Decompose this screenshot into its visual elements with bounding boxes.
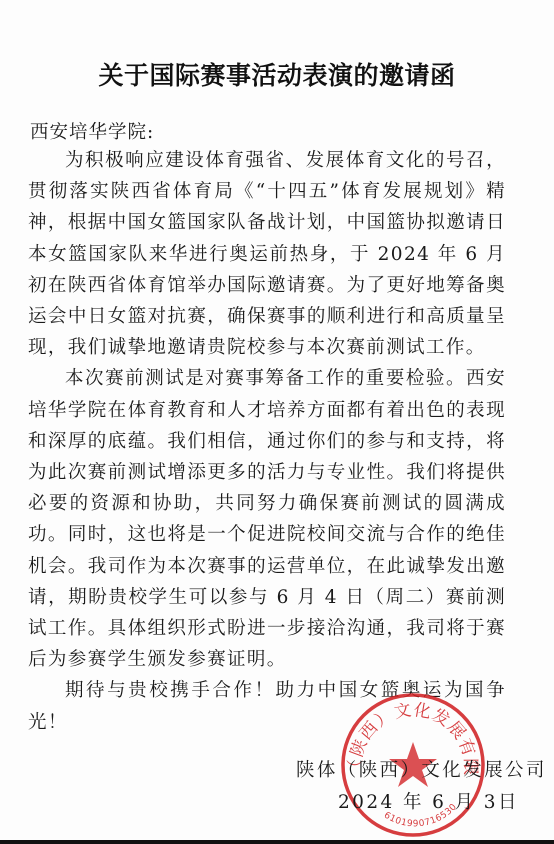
paragraph-1: 为积极响应建设体育强省、发展体育文化的号召，贯彻落实陕西省体育局《“十四五”体育…: [28, 145, 506, 363]
salutation: 西安培华学院:: [30, 118, 154, 144]
bottom-edge: [0, 840, 554, 844]
letter-body: 为积极响应建设体育强省、发展体育文化的号召，贯彻落实陕西省体育局《“十四五”体育…: [28, 145, 506, 738]
paragraph-3: 期待与贵校携手合作！助力中国女篮奥运为国争光！: [28, 675, 506, 737]
signature-company: 陕体（陕西）文化发展公司: [296, 756, 547, 782]
paragraph-2: 本次赛前测试是对赛事筹备工作的重要检验。西安培华学院在体育教育和人才培养方面都有…: [28, 363, 506, 675]
document-title: 关于国际赛事活动表演的邀请函: [0, 56, 554, 92]
signature-date: 2024 年 6 月 3日: [338, 788, 519, 814]
document-page: 关于国际赛事活动表演的邀请函 西安培华学院: 为积极响应建设体育强省、发展体育文…: [0, 0, 554, 844]
